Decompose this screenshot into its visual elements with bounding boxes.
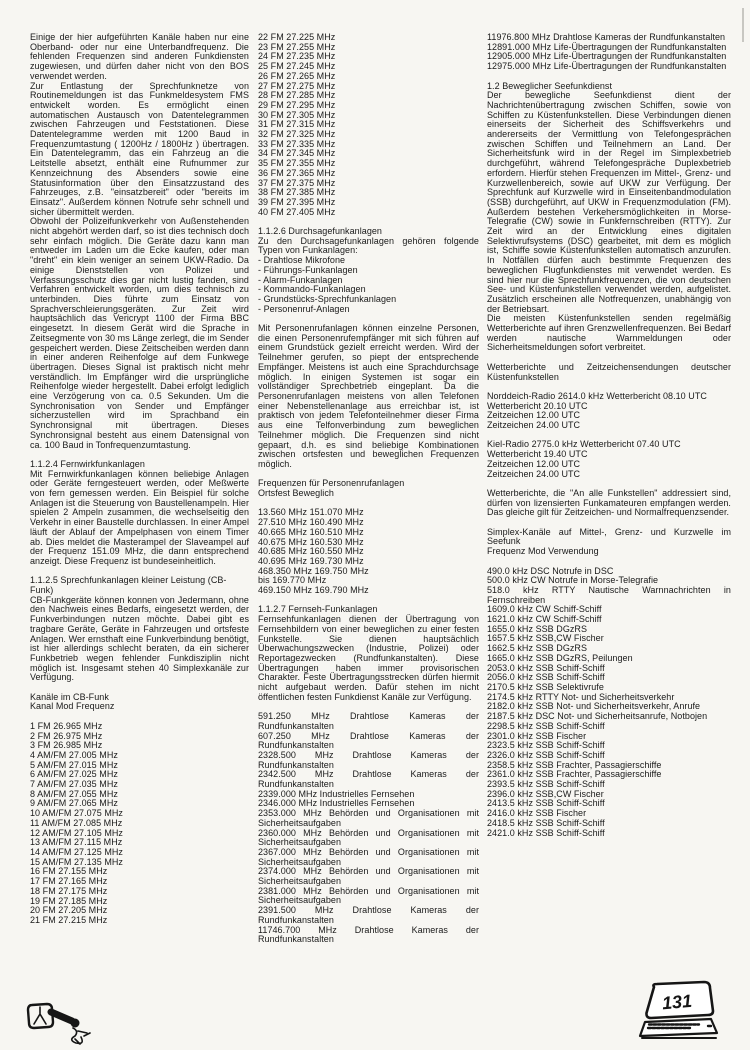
paragraph: 2391.500 MHz Drahtlose Kameras der Rundf… (258, 906, 479, 925)
paragraph: 2342.500 MHz Drahtlose Kameras der Rundf… (258, 770, 479, 789)
page-number: 131 (661, 991, 693, 1014)
list-line: 469.150 MHz 169.790 MHz (258, 586, 479, 596)
list-line: Frequenz Mod Verwendung (487, 547, 731, 557)
list-line: Zeitzeichen 24.00 UTC (487, 421, 731, 431)
paragraph: 2328.500 MHz Drahtlose Kameras der Rundf… (258, 751, 479, 770)
paragraph: 2381.000 MHz Behörden und Organisationen… (258, 887, 479, 906)
paragraph: Fernsehfunkanlagen dienen der Übertragun… (258, 615, 479, 702)
paragraph: Mit Fernwirkfunkanlagen können beliebige… (30, 470, 249, 567)
paragraph: Der bewegliche Seefunkdienst dient der N… (487, 91, 731, 314)
list-line: 40 FM 27.405 MHz (258, 208, 479, 218)
paragraph: Einige der hier aufgeführten Kanäle habe… (30, 33, 249, 82)
paragraph: 518.0 kHz RTTY Nautische Warnnachrichten… (487, 586, 731, 605)
list-line: 21 FM 27.215 MHz (30, 916, 249, 926)
paragraph: 2421.0 kHz SSB Schiff-Schiff (487, 829, 731, 839)
column-2: 22 FM 27.225 MHz23 FM 27.255 MHz24 FM 27… (258, 33, 479, 945)
column-3: 11976.800 MHz Drahtlose Kameras der Rund… (487, 33, 731, 838)
paragraph: Mit Personenrufanlagen können einzelne P… (258, 324, 479, 470)
section-heading: 1.1.2.5 Sprechfunkanlagen kleiner Leistu… (30, 576, 249, 595)
scan-artifact-mark (742, 8, 744, 42)
paragraph: 591.250 MHz Drahtlose Kameras der Rundfu… (258, 712, 479, 731)
radio-handset-doodle-icon (24, 995, 98, 1045)
paragraph: Wetterberichte, die "An alle Funkstellen… (487, 489, 731, 518)
list-line: Ortsfest Beweglich (258, 489, 479, 499)
list-line: - Personenruf-Anlagen (258, 305, 479, 315)
paragraph: 11746.700 MHz Drahtlose Kameras der Rund… (258, 926, 479, 945)
paragraph: CB-Funkgeräte können konnen von Jederman… (30, 596, 249, 683)
paragraph: Zur Entlastung der Sprechfunknetze von R… (30, 82, 249, 218)
paragraph: 12975.000 MHz Life-Übertragungen der Run… (487, 62, 731, 72)
paragraph: Die meisten Küstenfunkstellen senden reg… (487, 314, 731, 353)
paragraph: 2353.000 MHz Behörden und Organisationen… (258, 809, 479, 828)
list-line: Kanal Mod Frequenz (30, 702, 249, 712)
paragraph: 607.250 MHz Drahtlose Kameras der Rundfu… (258, 732, 479, 751)
paragraph: 2360.000 MHz Behörden und Organisationen… (258, 829, 479, 848)
paragraph: Zu den Durchsagefunkanlagen gehören folg… (258, 237, 479, 256)
computer-page-number-icon: 131 (638, 980, 720, 1046)
paragraph: 2367.000 MHz Behörden und Organisationen… (258, 848, 479, 867)
paragraph: 2374.000 MHz Behörden und Organisationen… (258, 867, 479, 886)
document-page: Einige der hier aufgeführten Kanäle habe… (0, 0, 750, 1050)
paragraph: Obwohl der Polizeifunkverkehr von Außens… (30, 217, 249, 450)
paragraph: Wetterberichte und Zeitzeichensendungen … (487, 363, 731, 382)
paragraph: Simplex-Kanäle auf Mittel-, Grenz- und K… (487, 528, 731, 547)
column-1: Einige der hier aufgeführten Kanäle habe… (30, 33, 249, 926)
list-line: Zeitzeichen 24.00 UTC (487, 470, 731, 480)
